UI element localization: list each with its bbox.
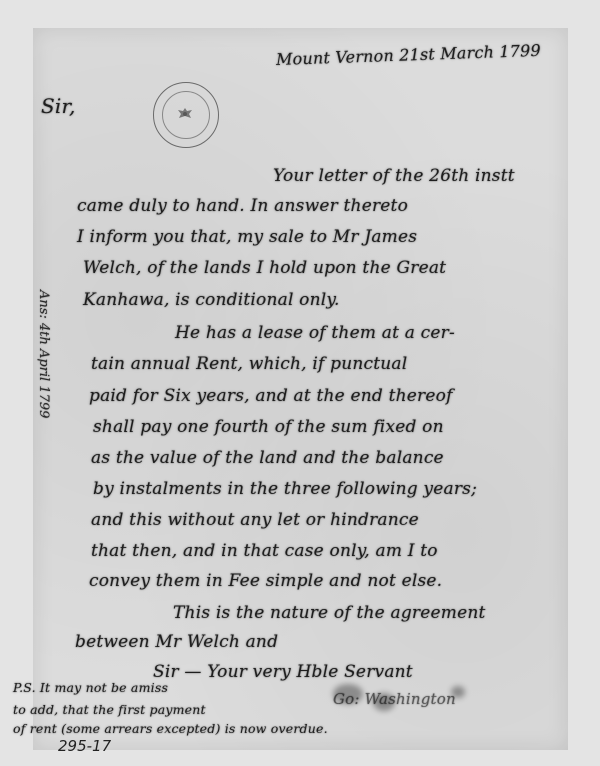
body-line: Kanhawa, is conditional only. xyxy=(83,290,340,310)
ink-blot xyxy=(373,693,395,711)
postscript-line: P.S. It may not be amiss xyxy=(13,680,168,695)
postscript-line: of rent (some arrears excepted) is now o… xyxy=(13,721,328,736)
body-line: tain annual Rent, which, if punctual xyxy=(91,354,407,374)
body-line: as the value of the land and the balance xyxy=(91,448,444,468)
body-line: by instalments in the three following ye… xyxy=(93,479,477,499)
body-line: shall pay one fourth of the sum fixed on xyxy=(93,417,444,437)
ink-blot xyxy=(333,684,363,704)
body-line: This is the nature of the agreement xyxy=(173,603,486,623)
body-line: came duly to hand. In answer thereto xyxy=(77,196,408,216)
eagle-seal-icon xyxy=(176,106,194,122)
closing-line: Sir — Your very Hble Servant xyxy=(153,662,413,682)
body-line: between Mr Welch and xyxy=(75,632,278,652)
body-line: Your letter of the 26th instt xyxy=(273,166,515,186)
library-of-congress-stamp xyxy=(153,82,219,148)
body-line: He has a lease of them at a cer- xyxy=(175,323,455,343)
place-date-heading: Mount Vernon 21st March 1799 xyxy=(276,41,542,69)
manuscript-page: Mount Vernon 21st March 1799 Sir, Your l… xyxy=(33,28,568,750)
body-line: that then, and in that case only, am I t… xyxy=(91,541,438,561)
margin-note: Ans: 4th April 1799 xyxy=(35,290,52,470)
body-line: and this without any let or hindrance xyxy=(91,510,419,530)
body-line: Welch, of the lands I hold upon the Grea… xyxy=(83,258,446,278)
body-line: convey them in Fee simple and not else. xyxy=(89,571,442,591)
postscript-line: to add, that the first payment xyxy=(13,702,206,717)
salutation: Sir, xyxy=(41,94,76,118)
body-line: I inform you that, my sale to Mr James xyxy=(77,227,417,247)
body-line: paid for Six years, and at the end there… xyxy=(89,386,453,406)
ink-blot xyxy=(451,686,465,698)
stamp-seal xyxy=(162,91,210,139)
folio-number: 295-17 xyxy=(58,737,111,755)
